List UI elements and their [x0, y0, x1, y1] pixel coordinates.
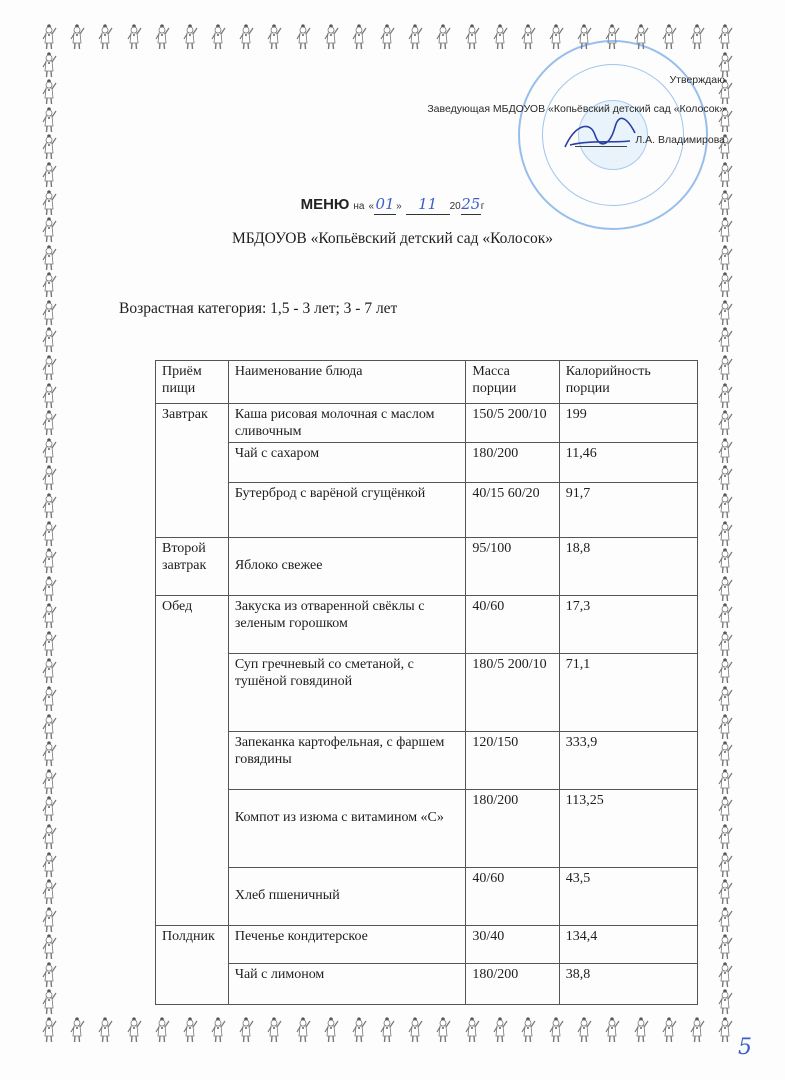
border-figure-icon	[717, 658, 735, 684]
table-row: Чай с лимоном 180/200 38,8	[156, 964, 698, 1005]
approval-head-position: Заведующая МБДОУОВ «Копьёвский детский с…	[427, 103, 725, 115]
border-figure-icon	[717, 410, 735, 436]
border-figure-icon	[379, 24, 397, 50]
date-year: 25	[461, 195, 480, 213]
border-figure-icon	[41, 493, 59, 519]
border-figure-icon	[41, 410, 59, 436]
menu-label: МЕНЮ	[301, 196, 350, 213]
dish-name: Яблоко свежее	[235, 540, 461, 574]
border-figure-icon	[435, 1017, 453, 1043]
dish-mass: 40/60	[466, 868, 559, 926]
border-figure-icon	[41, 162, 59, 188]
column-header-calories: Калорийность порции	[559, 361, 697, 404]
border-figure-icon	[41, 300, 59, 326]
border-figure-icon	[717, 162, 735, 188]
border-figure-icon	[154, 1017, 172, 1043]
border-figure-icon	[41, 741, 59, 767]
border-figure-icon	[407, 24, 425, 50]
dish-name: Запеканка картофельная, с фаршем говядин…	[228, 732, 466, 790]
border-figure-icon	[41, 769, 59, 795]
border-figure-icon	[323, 1017, 341, 1043]
meal-name: Второй завтрак	[156, 538, 229, 596]
border-figure-icon	[520, 24, 538, 50]
organization-name: МБДОУОВ «Копьёвский детский сад «Колосок…	[0, 230, 785, 248]
dish-mass: 180/200	[466, 443, 559, 483]
border-figure-icon	[717, 796, 735, 822]
dish-calories: 18,8	[559, 538, 697, 596]
border-figure-icon	[41, 52, 59, 78]
table-row: Завтрак Каша рисовая молочная с маслом с…	[156, 404, 698, 443]
border-figure-icon	[41, 355, 59, 381]
border-figure-icon	[41, 686, 59, 712]
border-figure-icon	[435, 24, 453, 50]
border-figure-icon	[351, 24, 369, 50]
border-figure-icon	[717, 989, 735, 1015]
dish-mass: 180/5 200/10	[466, 654, 559, 732]
border-figure-icon	[689, 24, 707, 50]
border-figure-icon	[41, 107, 59, 133]
dish-name: Хлеб пшеничный	[235, 870, 461, 904]
border-figure-icon	[41, 245, 59, 271]
border-figure-icon	[41, 79, 59, 105]
border-figure-icon	[717, 576, 735, 602]
dish-mass: 40/15 60/20	[466, 483, 559, 538]
border-figure-icon	[238, 1017, 256, 1043]
dish-mass: 40/60	[466, 596, 559, 654]
border-figure-icon	[41, 603, 59, 629]
dish-mass: 150/5 200/10	[466, 404, 559, 443]
border-figure-icon	[295, 1017, 313, 1043]
border-figure-icon	[717, 769, 735, 795]
table-row: Бутерброд с варёной сгущёнкой 40/15 60/2…	[156, 483, 698, 538]
dish-mass: 30/40	[466, 926, 559, 964]
border-figure-icon	[41, 658, 59, 684]
table-row: Обед Закуска из отваренной свёклы с зеле…	[156, 596, 698, 654]
dish-calories: 43,5	[559, 868, 697, 926]
age-category: Возрастная категория: 1,5 - 3 лет; 3 - 7…	[119, 300, 397, 318]
table-row: Чай с сахаром 180/200 11,46	[156, 443, 698, 483]
page-number: 5	[738, 1035, 752, 1060]
border-figure-icon	[97, 24, 115, 50]
border-figure-icon	[717, 300, 735, 326]
border-figure-icon	[126, 1017, 144, 1043]
border-figure-icon	[238, 24, 256, 50]
approval-label: Утверждаю	[670, 74, 725, 86]
border-figure-icon	[41, 962, 59, 988]
border-figure-icon	[633, 1017, 651, 1043]
border-figure-icon	[717, 383, 735, 409]
border-figure-icon	[41, 879, 59, 905]
border-figure-icon	[41, 989, 59, 1015]
border-figure-icon	[41, 521, 59, 547]
border-figure-icon	[210, 1017, 228, 1043]
dish-name: Бутерброд с варёной сгущёнкой	[228, 483, 466, 538]
dish-calories: 333,9	[559, 732, 697, 790]
dish-calories: 38,8	[559, 964, 697, 1005]
year-unit: г	[481, 201, 485, 212]
border-figure-icon	[717, 438, 735, 464]
border-figure-icon	[717, 493, 735, 519]
dish-mass: 95/100	[466, 538, 559, 596]
meal-name: Завтрак	[156, 404, 229, 538]
border-figure-icon	[41, 714, 59, 740]
table-row: Второй завтрак Яблоко свежее 95/100 18,8	[156, 538, 698, 596]
year-prefix: 20	[450, 201, 461, 212]
dish-calories: 17,3	[559, 596, 697, 654]
table-row: Полдник Печенье кондитерское 30/40 134,4	[156, 926, 698, 964]
border-figure-icon	[717, 631, 735, 657]
dish-calories: 11,46	[559, 443, 697, 483]
dish-calories: 113,25	[559, 790, 697, 868]
dish-calories: 134,4	[559, 926, 697, 964]
border-figure-icon	[717, 907, 735, 933]
border-figure-icon	[210, 24, 228, 50]
border-figure-icon	[717, 686, 735, 712]
menu-title: МЕНЮ на «01» 112025г	[0, 195, 785, 215]
dish-name: Печенье кондитерское	[228, 926, 466, 964]
column-header-meal: Приём пищи	[156, 361, 229, 404]
table-row: Хлеб пшеничный 40/60 43,5	[156, 868, 698, 926]
border-figure-icon	[182, 1017, 200, 1043]
border-figure-icon	[717, 24, 735, 50]
table-header-row: Приём пищи Наименование блюда Масса порц…	[156, 361, 698, 404]
border-figure-icon	[548, 24, 566, 50]
border-figure-icon	[717, 824, 735, 850]
dish-name: Каша рисовая молочная с маслом сливочным	[228, 404, 466, 443]
border-figure-icon	[689, 1017, 707, 1043]
dish-name: Закуска из отваренной свёклы с зеленым г…	[228, 596, 466, 654]
dish-calories: 91,7	[559, 483, 697, 538]
on-label: на	[353, 201, 364, 212]
dish-name: Суп гречневый со сметаной, с тушёной гов…	[228, 654, 466, 732]
border-figure-icon	[41, 465, 59, 491]
dish-name: Чай с сахаром	[228, 443, 466, 483]
border-figure-icon	[717, 327, 735, 353]
border-figure-icon	[548, 1017, 566, 1043]
table-row: Компот из изюма с витамином «С» 180/200 …	[156, 790, 698, 868]
dish-mass: 120/150	[466, 732, 559, 790]
dish-mass: 180/200	[466, 790, 559, 868]
border-figure-icon	[576, 1017, 594, 1043]
border-figure-icon	[717, 272, 735, 298]
border-figure-icon	[661, 24, 679, 50]
border-figure-icon	[717, 962, 735, 988]
border-figure-icon	[41, 934, 59, 960]
border-figure-icon	[41, 907, 59, 933]
meal-name: Полдник	[156, 926, 229, 1005]
border-figure-icon	[717, 741, 735, 767]
border-figure-icon	[520, 1017, 538, 1043]
border-figure-icon	[604, 1017, 622, 1043]
menu-table: Приём пищи Наименование блюда Масса порц…	[155, 360, 698, 1005]
border-figure-icon	[351, 1017, 369, 1043]
approval-signatory: Л.А. Владимирова	[635, 134, 725, 146]
column-header-dish: Наименование блюда	[228, 361, 466, 404]
border-figure-icon	[69, 1017, 87, 1043]
signature	[560, 115, 640, 155]
border-figure-icon	[97, 1017, 115, 1043]
border-figure-icon	[717, 934, 735, 960]
border-figure-icon	[717, 548, 735, 574]
meal-name: Обед	[156, 596, 229, 926]
border-figure-icon	[492, 24, 510, 50]
dish-name: Компот из изюма с витамином «С»	[235, 792, 461, 826]
border-figure-icon	[464, 1017, 482, 1043]
border-figure-icon	[41, 383, 59, 409]
date-day: 01	[376, 195, 395, 213]
border-figure-icon	[717, 603, 735, 629]
border-figure-icon	[323, 24, 341, 50]
dish-calories: 199	[559, 404, 697, 443]
border-figure-icon	[182, 24, 200, 50]
table-row: Запеканка картофельная, с фаршем говядин…	[156, 732, 698, 790]
table-row: Суп гречневый со сметаной, с тушёной гов…	[156, 654, 698, 732]
border-figure-icon	[266, 24, 284, 50]
border-figure-icon	[464, 24, 482, 50]
border-figure-icon	[154, 24, 172, 50]
border-figure-icon	[661, 1017, 679, 1043]
quote-close: »	[396, 201, 402, 212]
border-figure-icon	[717, 1017, 735, 1043]
border-figure-icon	[41, 327, 59, 353]
border-figure-icon	[295, 24, 313, 50]
border-figure-icon	[41, 134, 59, 160]
date-month: 11	[418, 195, 437, 213]
border-figure-icon	[41, 24, 59, 50]
dish-name: Чай с лимоном	[228, 964, 466, 1005]
border-figure-icon	[407, 1017, 425, 1043]
border-figure-icon	[717, 465, 735, 491]
border-figure-icon	[69, 24, 87, 50]
border-figure-icon	[41, 438, 59, 464]
dish-mass: 180/200	[466, 964, 559, 1005]
border-figure-icon	[41, 824, 59, 850]
border-figure-icon	[379, 1017, 397, 1043]
border-figure-icon	[41, 1017, 59, 1043]
column-header-mass: Масса порции	[466, 361, 559, 404]
border-figure-icon	[717, 521, 735, 547]
border-figure-icon	[717, 879, 735, 905]
border-figure-icon	[41, 852, 59, 878]
border-figure-icon	[41, 576, 59, 602]
border-figure-icon	[41, 631, 59, 657]
border-figure-icon	[41, 548, 59, 574]
border-figure-icon	[717, 245, 735, 271]
border-figure-icon	[41, 272, 59, 298]
border-figure-icon	[717, 714, 735, 740]
border-figure-icon	[717, 852, 735, 878]
dish-calories: 71,1	[559, 654, 697, 732]
border-figure-icon	[492, 1017, 510, 1043]
border-figure-icon	[717, 355, 735, 381]
border-figure-icon	[41, 796, 59, 822]
border-figure-icon	[126, 24, 144, 50]
border-figure-icon	[266, 1017, 284, 1043]
signature-line	[575, 146, 627, 147]
